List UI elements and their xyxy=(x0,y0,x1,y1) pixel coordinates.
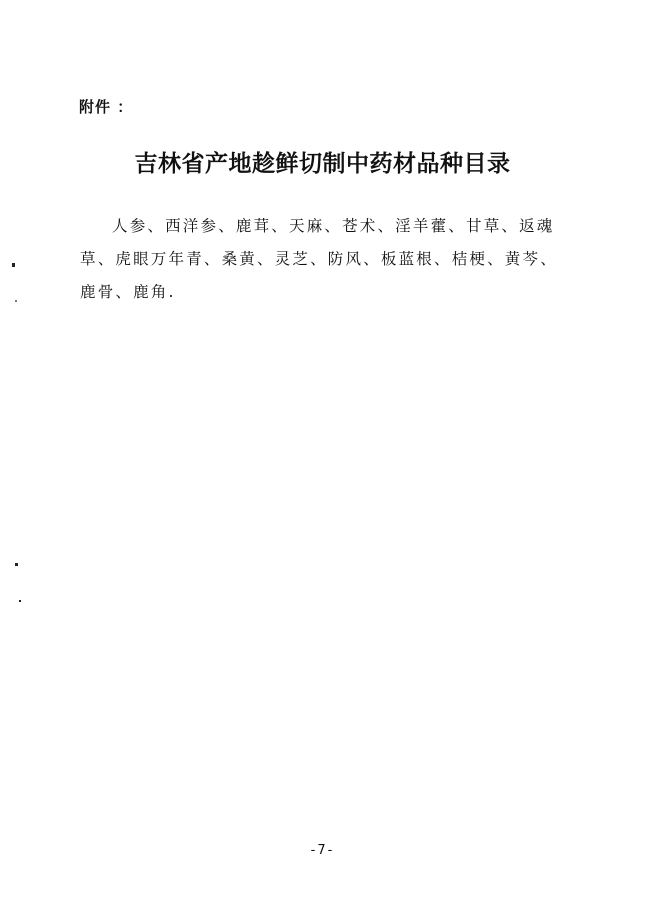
attachment-label: 附件 ： xyxy=(79,96,133,117)
scan-speck xyxy=(15,563,18,566)
species-list-paragraph: 人参、西洋参、鹿茸、天麻、苍术、淫羊藿、甘草、返魂草、虎眼万年青、桑黄、灵芝、防… xyxy=(80,210,570,309)
document-title: 吉林省产地趁鲜切制中药材品种目录 xyxy=(0,145,645,178)
scan-speck xyxy=(12,263,15,267)
scan-speck xyxy=(15,300,17,302)
scan-speck xyxy=(19,600,21,602)
page-number: -7- xyxy=(0,843,645,858)
